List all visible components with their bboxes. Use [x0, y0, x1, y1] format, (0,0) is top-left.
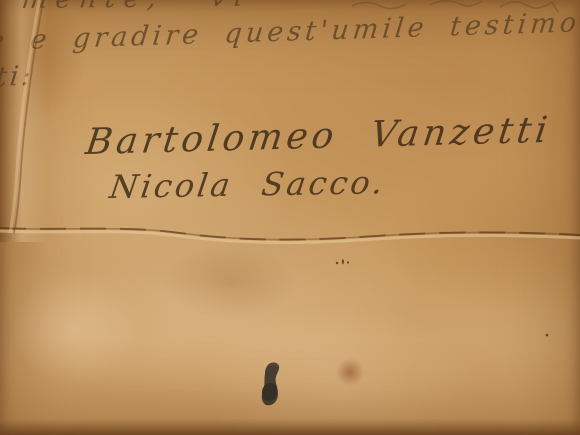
handwriting-top-partial-line: mente, vi: [20, 0, 253, 15]
letter-photo: mente, vi e e gradire quest'umile testim…: [0, 0, 580, 435]
stain-top-left-corner: [0, 0, 100, 140]
paper-marks-overlay: [0, 0, 580, 435]
ink-blot: [262, 362, 279, 405]
signature-nicola-sacco: Nicola Sacco.: [107, 163, 388, 206]
paper-bottom-edge-shadow: [0, 419, 580, 435]
stain-bottom-left-light: [0, 255, 160, 405]
handwriting-closing-line: e e gradire quest'umile testimonia: [0, 6, 580, 57]
brown-stain-spot: [328, 352, 372, 392]
top-line-faint-strokes: [352, 1, 558, 12]
horizontal-fold-crease: [0, 228, 580, 243]
handwriting-closing-continued: ti:: [0, 61, 35, 93]
vertical-fold-crease: [10, 0, 44, 233]
stain-under-signatures: [140, 232, 320, 332]
stain-left-fold-band: [0, 0, 48, 242]
ink-specks: [336, 259, 549, 336]
signature-bartolomeo-vanzetti: Bartolomeo Vanzetti: [83, 110, 553, 163]
